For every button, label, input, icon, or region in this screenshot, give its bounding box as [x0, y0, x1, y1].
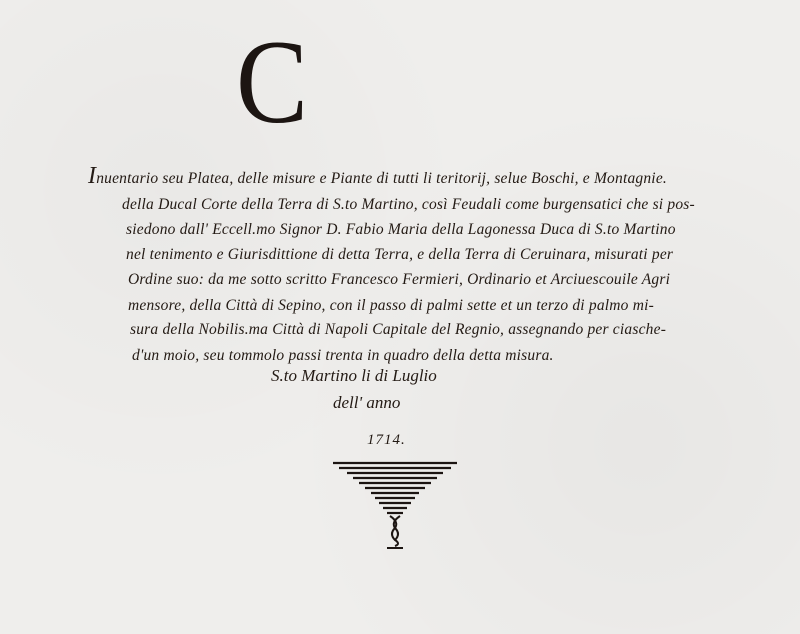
decorated-initial-letter: C	[236, 22, 308, 142]
date-line-year-label: dell' anno	[333, 393, 400, 413]
manuscript-page: C Inuentario seu Platea, delle misure e …	[0, 0, 800, 634]
text-line-7: sura della Nobilis.ma Città di Napoli Ca…	[130, 321, 666, 339]
text-line-3: siedono dall' Eccell.mo Signor D. Fabio …	[126, 221, 676, 239]
tailpiece-ornament-icon	[333, 460, 457, 550]
text-line-5: Ordine suo: da me sotto scritto Francesc…	[128, 271, 670, 289]
text-line-8: d'un moio, seu tommolo passi trenta in q…	[132, 347, 554, 365]
text-line-2: della Ducal Corte della Terra di S.to Ma…	[122, 196, 695, 214]
text-line-4: nel tenimento e Giurisdittione di detta …	[126, 246, 673, 264]
text-line-6: mensore, della Città di Sepino, con il p…	[128, 297, 654, 315]
text-line-1: Inuentario seu Platea, delle misure e Pi…	[88, 163, 667, 190]
date-line-place: S.to Martino li di Luglio	[271, 366, 437, 386]
year: 1714.	[367, 432, 406, 449]
